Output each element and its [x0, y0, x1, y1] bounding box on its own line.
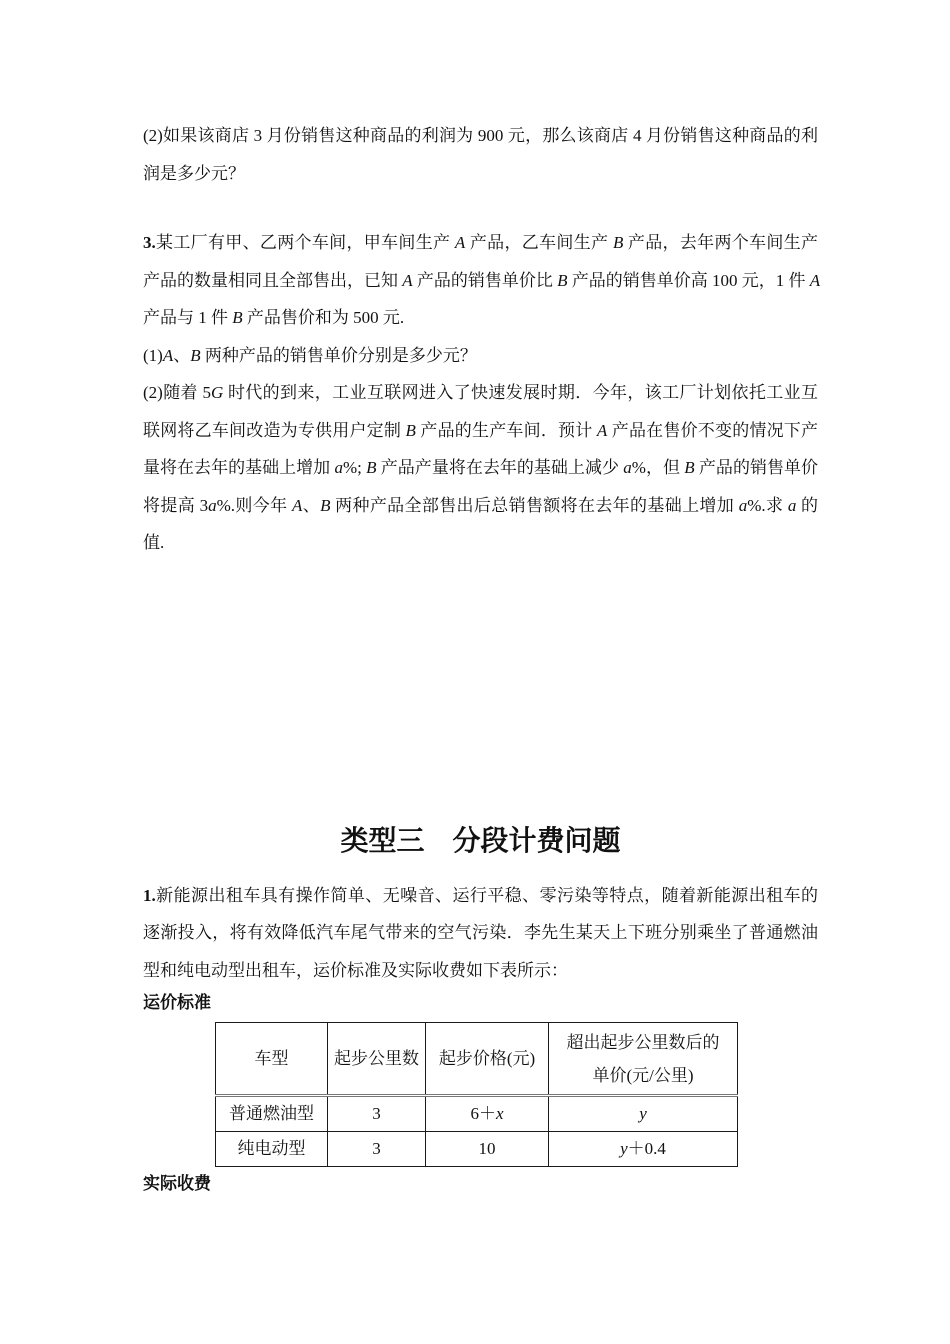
text-column: (2)如果该商店 3 月份销售这种商品的利润为 900 元，那么该商店 4 月份… — [143, 0, 818, 1198]
text-line: 润是多少元？ — [143, 155, 818, 193]
cell-extra-unit-price: y＋0.4 — [549, 1132, 738, 1167]
text-line: (2)随着 5G 时代的到来，工业互联网进入了快速发展时期．今年，该工厂计划依托… — [143, 374, 818, 412]
header-extra-unit-price: 超出起步公里数后的单价(元/公里) — [549, 1023, 738, 1096]
text-line: 将提高 3a%.则今年 A、B 两种产品全部售出后总销售额将在去年的基础上增加 … — [143, 487, 818, 525]
cell-extra-unit-price: y — [549, 1096, 738, 1132]
text-line: 联网将乙车间改造为专供用户定制 B 产品的生产车间．预计 A 产品在售价不变的情… — [143, 412, 818, 450]
actual-charge-label: 实际收费 — [143, 1170, 818, 1198]
problem-3: 3.某工厂有甲、乙两个车间，甲车间生产 A 产品，乙车间生产 B 产品，去年两个… — [143, 224, 818, 562]
text-line: 3.某工厂有甲、乙两个车间，甲车间生产 A 产品，乙车间生产 B 产品，去年两个… — [143, 224, 818, 262]
worksheet-page: (2)如果该商店 3 月份销售这种商品的利润为 900 元，那么该商店 4 月份… — [0, 0, 950, 1344]
header-base-price: 起步价格(元) — [426, 1023, 549, 1096]
problem-1-segmented-billing: 1.新能源出租车具有操作简单、无噪音、运行平稳、零污染等特点，随着新能源出租车的… — [143, 877, 818, 990]
table-row-fuel: 普通燃油型 3 6＋x y — [216, 1096, 738, 1132]
header-base-distance: 起步公里数 — [328, 1023, 426, 1096]
text-line: 逐渐投入，将有效降低汽车尾气带来的空气污染．李先生某天上下班分别乘坐了普通燃油 — [143, 914, 818, 952]
header-vehicle-type: 车型 — [216, 1023, 328, 1096]
text-line: (1)A、B 两种产品的销售单价分别是多少元？ — [143, 337, 818, 375]
cell-vehicle-type: 纯电动型 — [216, 1132, 328, 1167]
problem-2-continuation: (2)如果该商店 3 月份销售这种商品的利润为 900 元，那么该商店 4 月份… — [143, 117, 818, 192]
text-line: 1.新能源出租车具有操作简单、无噪音、运行平稳、零污染等特点，随着新能源出租车的 — [143, 877, 818, 915]
fare-standard-label: 运价标准 — [143, 989, 818, 1017]
fare-table-header-row: 车型 起步公里数 起步价格(元) 超出起步公里数后的单价(元/公里) — [216, 1023, 738, 1096]
section-heading: 类型三 分段计费问题 — [143, 817, 818, 865]
table-row-electric: 纯电动型 3 10 y＋0.4 — [216, 1132, 738, 1167]
cell-base-distance: 3 — [328, 1132, 426, 1167]
text-line: 产品与 1 件 B 产品售价和为 500 元. — [143, 299, 818, 337]
text-line: (2)如果该商店 3 月份销售这种商品的利润为 900 元，那么该商店 4 月份… — [143, 117, 818, 155]
cell-base-distance: 3 — [328, 1096, 426, 1132]
cell-base-price: 10 — [426, 1132, 549, 1167]
fare-table: 车型 起步公里数 起步价格(元) 超出起步公里数后的单价(元/公里) 普通燃油型… — [215, 1022, 738, 1167]
text-line: 量将在去年的基础上增加 a%; B 产品产量将在去年的基础上减少 a%，但 B … — [143, 449, 818, 487]
cell-base-price: 6＋x — [426, 1096, 549, 1132]
text-line: 型和纯电动型出租车，运价标准及实际收费如下表所示： — [143, 952, 818, 990]
text-line: 值. — [143, 524, 818, 562]
cell-vehicle-type: 普通燃油型 — [216, 1096, 328, 1132]
text-line: 产品的数量相同且全部售出，已知 A 产品的销售单价比 B 产品的销售单价高 10… — [143, 262, 818, 300]
